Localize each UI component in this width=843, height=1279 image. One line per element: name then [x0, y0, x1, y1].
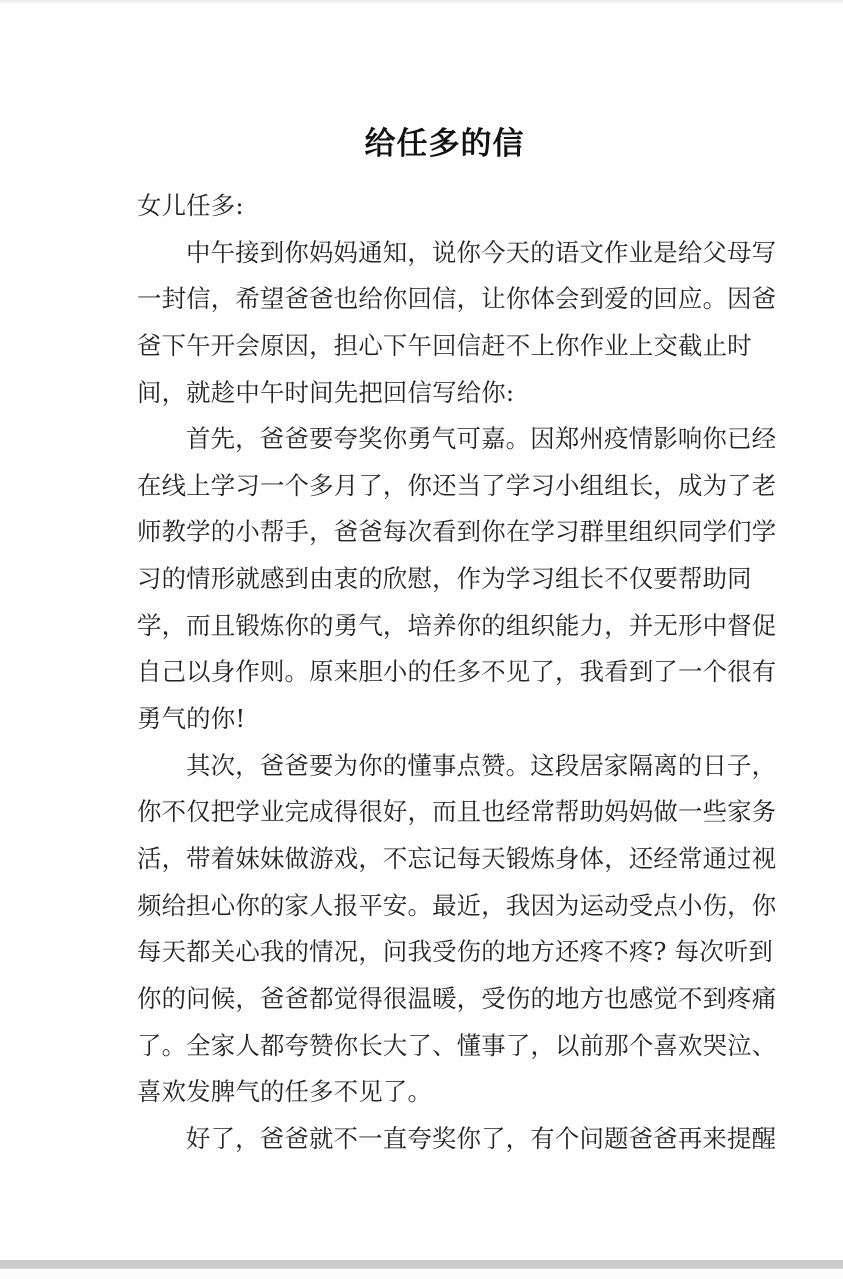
bottom-margin [0, 1269, 843, 1279]
paragraph-line: 学，而且锻炼你的勇气，培养你的组织能力，并无形中督促 [137, 603, 757, 650]
letter-title: 给任多的信 [0, 122, 843, 166]
paragraph-line: 每天都关心我的情况，问我受伤的地方还疼不疼? 每次听到 [137, 929, 757, 976]
paragraph-line: 中午接到你妈妈通知，说你今天的语文作业是给父母写 [137, 230, 757, 277]
paragraph-line: 活，带着妹妹做游戏，不忘记每天锻炼身体，还经常通过视 [137, 836, 757, 883]
paragraph-line: 自己以身作则。原来胆小的任多不见了，我看到了一个很有 [137, 649, 757, 696]
paragraph-line: 爸下午开会原因，担心下午回信赶不上你作业上交截止时 [137, 323, 757, 370]
paragraph-line: 好了，爸爸就不一直夸奖你了，有个问题爸爸再来提醒 [137, 1116, 757, 1163]
paragraph-line: 你的问候，爸爸都觉得很温暖，受伤的地方也感觉不到疼痛 [137, 976, 757, 1023]
salutation: 女儿任多: [137, 183, 757, 230]
top-edge-shadow [0, 0, 843, 4]
document-page: 给任多的信 女儿任多: 中午接到你妈妈通知，说你今天的语文作业是给父母写 一封信… [0, 0, 843, 1260]
paragraph-line: 频给担心你的家人报平安。最近，我因为运动受点小伤，你 [137, 883, 757, 930]
paragraph-line: 师教学的小帮手，爸爸每次看到你在学习群里组织同学们学 [137, 509, 757, 556]
paragraph-line: 勇气的你! [137, 696, 757, 743]
paragraph-line: 间，就趁中午时间先把回信写给你: [137, 370, 757, 417]
paragraph-line: 其次，爸爸要为你的懂事点赞。这段居家隔离的日子， [137, 743, 757, 790]
paragraph-line: 在线上学习一个多月了，你还当了学习小组组长，成为了老 [137, 463, 757, 510]
paragraph-line: 喜欢发脾气的任多不见了。 [137, 1069, 757, 1116]
paragraph-line: 习的情形就感到由衷的欣慰，作为学习组长不仅要帮助同 [137, 556, 757, 603]
paragraph-line: 了。全家人都夸赞你长大了、懂事了，以前那个喜欢哭泣、 [137, 1023, 757, 1070]
letter-body: 女儿任多: 中午接到你妈妈通知，说你今天的语文作业是给父母写 一封信，希望爸爸也… [137, 183, 757, 1162]
paragraph-line: 你不仅把学业完成得很好，而且也经常帮助妈妈做一些家务 [137, 789, 757, 836]
paragraph-line: 首先，爸爸要夸奖你勇气可嘉。因郑州疫情影响你已经 [137, 416, 757, 463]
page-bottom-divider [0, 1260, 843, 1269]
paragraph-line: 一封信，希望爸爸也给你回信，让你体会到爱的回应。因爸 [137, 276, 757, 323]
